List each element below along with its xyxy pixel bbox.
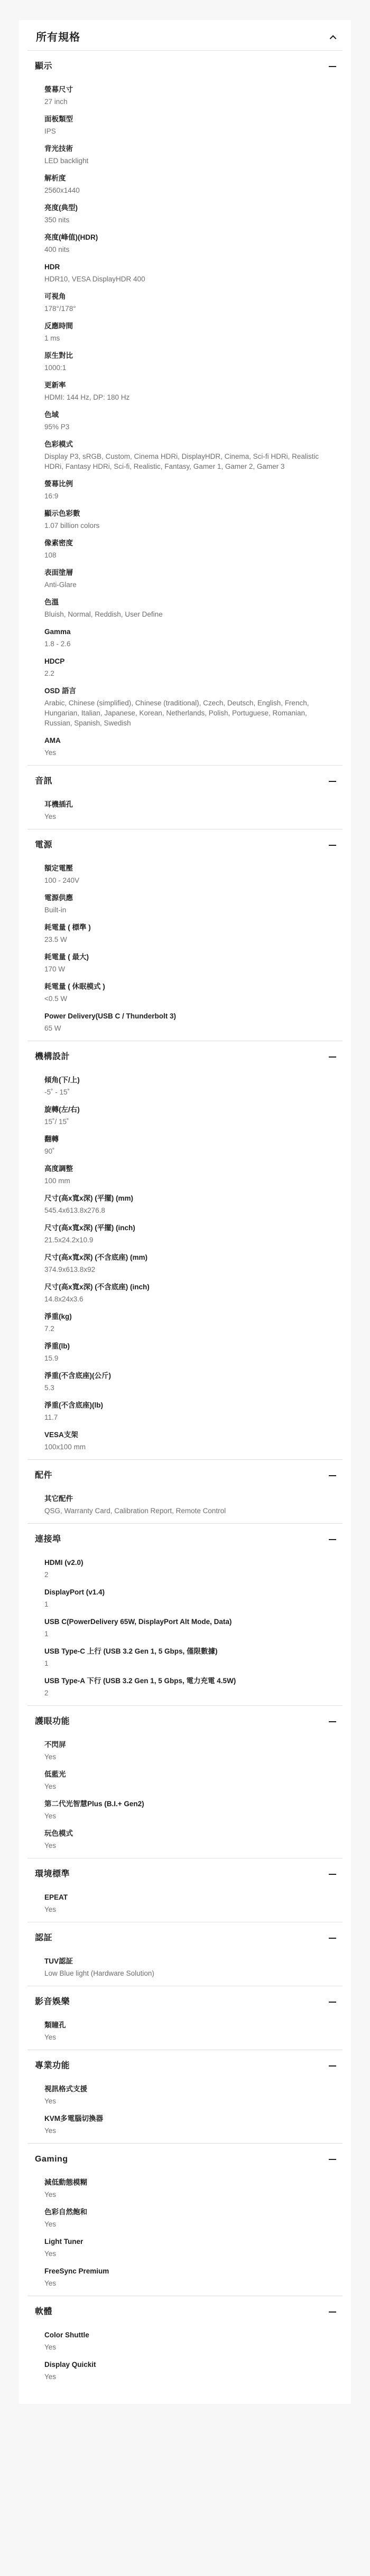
spec-section: 專業功能 視訊格式支援 Yes KVM多電腦切換器 Yes — [27, 2060, 343, 2144]
spec-item: HDCP 2.2 — [44, 656, 332, 678]
spec-label: 色域 — [44, 410, 332, 420]
section-header[interactable]: 環境標準 — [35, 1868, 336, 1881]
spec-section: 護眼功能 不閃屏 Yes 低藍光 Yes 第二代光智慧Plus (B.I.+ G… — [27, 1715, 343, 1858]
spec-value: 16:9 — [44, 491, 332, 501]
section-items: 傾角(下/上) -5˚ - 15˚ 旋轉(左/右) 15˚/ 15˚ 翻轉 90… — [27, 1075, 343, 1452]
spec-value: Yes — [44, 2032, 332, 2042]
spec-item: USB Type-A 下行 (USB 3.2 Gen 1, 5 Gbps, 電力… — [44, 1676, 332, 1698]
section-items: 耳機插孔 Yes — [27, 799, 343, 822]
spec-label: 類瞳孔 — [44, 2020, 332, 2031]
spec-item: 像素密度 108 — [44, 538, 332, 560]
section-title: 護眼功能 — [35, 1715, 70, 1728]
spec-label: 淨重(不含底座)(公斤) — [44, 1371, 332, 1381]
spec-label: KVM多電腦切換器 — [44, 2113, 332, 2124]
collapse-minus-icon[interactable] — [329, 1056, 336, 1058]
spec-item: 減低動態模糊 Yes — [44, 2177, 332, 2200]
spec-item: 類瞳孔 Yes — [44, 2020, 332, 2042]
spec-label: 耳機插孔 — [44, 799, 332, 810]
spec-item: Color Shuttle Yes — [44, 2330, 332, 2352]
spec-sections: 顯示 螢幕尺寸 27 inch 面板類型 IPS 背光技術 LED backli… — [27, 60, 343, 2382]
spec-section: 影音娛樂 類瞳孔 Yes — [27, 1996, 343, 2050]
spec-label: 螢幕比例 — [44, 479, 332, 489]
section-items: 螢幕尺寸 27 inch 面板類型 IPS 背光技術 LED backlight… — [27, 84, 343, 758]
spec-value: 350 nits — [44, 215, 332, 225]
section-divider — [27, 1922, 343, 1922]
spec-label: HDMI (v2.0) — [44, 1558, 332, 1568]
section-header[interactable]: 電源 — [35, 839, 336, 852]
spec-section: 環境標準 EPEAT Yes — [27, 1868, 343, 1922]
spec-value: LED backlight — [44, 156, 332, 166]
section-header[interactable]: 軟體 — [35, 2306, 336, 2318]
spec-label: Gamma — [44, 627, 332, 637]
spec-value: Yes — [44, 2249, 332, 2259]
spec-label: 可視角 — [44, 291, 332, 302]
spec-label: 傾角(下/上) — [44, 1075, 332, 1086]
spec-value: Display P3, sRGB, Custom, Cinema HDRi, D… — [44, 451, 332, 471]
spec-item: 尺寸(高x寬x深) (不含底座) (mm) 374.9x613.8x92 — [44, 1252, 332, 1275]
spec-item: 尺寸(高x寬x深) (平擺) (mm) 545.4x613.8x276.8 — [44, 1193, 332, 1215]
spec-label: 亮度(峰值)(HDR) — [44, 232, 332, 243]
section-divider — [27, 2050, 343, 2050]
section-header[interactable]: 配件 — [35, 1469, 336, 1482]
spec-item: 旋轉(左/右) 15˚/ 15˚ — [44, 1105, 332, 1127]
spec-item: 不閃屏 Yes — [44, 1740, 332, 1762]
spec-value: 1.8 - 2.6 — [44, 639, 332, 649]
spec-item: 背光技術 LED backlight — [44, 144, 332, 166]
spec-label: USB Type-C 上行 (USB 3.2 Gen 1, 5 Gbps, 僅限… — [44, 1646, 332, 1657]
spec-label: 耗電量 ( 標準 ) — [44, 922, 332, 933]
spec-item: 亮度(峰值)(HDR) 400 nits — [44, 232, 332, 254]
spec-label: 反應時間 — [44, 321, 332, 332]
section-items: 其它配件 QSG, Warranty Card, Calibration Rep… — [27, 1494, 343, 1516]
spec-item: 色彩模式 Display P3, sRGB, Custom, Cinema HD… — [44, 439, 332, 471]
spec-label: 電源供應 — [44, 893, 332, 903]
spec-value: Yes — [44, 2126, 332, 2136]
spec-item: 螢幕尺寸 27 inch — [44, 84, 332, 107]
spec-item: 耗電量 ( 最大) 170 W — [44, 952, 332, 974]
spec-section: 電源 額定電壓 100 - 240V 電源供應 Built-in 耗電量 ( 標… — [27, 839, 343, 1041]
spec-section: 機構設計 傾角(下/上) -5˚ - 15˚ 旋轉(左/右) 15˚/ 15˚ … — [27, 1051, 343, 1460]
spec-value: Yes — [44, 812, 332, 822]
spec-section: 軟體 Color Shuttle Yes Display Quickit Yes — [27, 2306, 343, 2382]
page-title: 所有規格 — [36, 31, 80, 44]
spec-label: 淨重(不含底座)(lb) — [44, 1400, 332, 1411]
spec-item: 表面塗層 Anti-Glare — [44, 568, 332, 590]
spec-label: 背光技術 — [44, 144, 332, 154]
spec-value: 2 — [44, 1688, 332, 1698]
spec-label: 低藍光 — [44, 1769, 332, 1780]
spec-value: Yes — [44, 2278, 332, 2288]
spec-label: 旋轉(左/右) — [44, 1105, 332, 1115]
section-divider — [27, 1986, 343, 1986]
spec-item: TUV認証 Low Blue light (Hardware Solution) — [44, 1956, 332, 1978]
spec-value: 27 inch — [44, 97, 332, 107]
spec-label: Light Tuner — [44, 2237, 332, 2247]
spec-item: 原生對比 1000:1 — [44, 351, 332, 373]
spec-item: 低藍光 Yes — [44, 1769, 332, 1791]
spec-value: Bluish, Normal, Reddish, User Define — [44, 609, 332, 619]
spec-value: 1 — [44, 1658, 332, 1668]
chevron-up-icon[interactable] — [330, 35, 337, 42]
spec-label: Display Quickit — [44, 2360, 332, 2370]
spec-item: 色彩自然飽和 Yes — [44, 2207, 332, 2229]
section-items: 類瞳孔 Yes — [27, 2020, 343, 2042]
section-items: 視訊格式支援 Yes KVM多電腦切換器 Yes — [27, 2084, 343, 2136]
spec-item: 淨重(kg) 7.2 — [44, 1311, 332, 1334]
section-items: Color Shuttle Yes Display Quickit Yes — [27, 2330, 343, 2382]
spec-item: OSD 語言 Arabic, Chinese (simplified), Chi… — [44, 686, 332, 728]
spec-label: HDCP — [44, 656, 332, 667]
section-header[interactable]: 認証 — [35, 1932, 336, 1945]
spec-label: 表面塗層 — [44, 568, 332, 578]
spec-label: 尺寸(高x寬x深) (平擺) (mm) — [44, 1193, 332, 1204]
spec-label: EPEAT — [44, 1892, 332, 1903]
spec-item: Gamma 1.8 - 2.6 — [44, 627, 332, 649]
spec-value: 90˚ — [44, 1146, 332, 1156]
spec-value: 2.2 — [44, 668, 332, 678]
collapse-minus-icon[interactable] — [329, 2311, 336, 2313]
spec-item: 淨重(不含底座)(公斤) 5.3 — [44, 1371, 332, 1393]
spec-item: 尺寸(高x寬x深) (平擺) (inch) 21.5x24.2x10.9 — [44, 1223, 332, 1245]
section-title: Gaming — [35, 2153, 68, 2166]
spec-value: 178°/178° — [44, 304, 332, 314]
spec-item: 螢幕比例 16:9 — [44, 479, 332, 501]
section-items: 減低動態模糊 Yes 色彩自然飽和 Yes Light Tuner Yes Fr… — [27, 2177, 343, 2288]
spec-value: 108 — [44, 550, 332, 560]
collapse-minus-icon[interactable] — [329, 1938, 336, 1939]
collapse-minus-icon[interactable] — [329, 845, 336, 846]
spec-label: 尺寸(高x寬x深) (不含底座) (mm) — [44, 1252, 332, 1263]
collapse-minus-icon[interactable] — [329, 2065, 336, 2067]
spec-label: 高度調整 — [44, 1164, 332, 1174]
spec-item: 其它配件 QSG, Warranty Card, Calibration Rep… — [44, 1494, 332, 1516]
section-title: 影音娛樂 — [35, 1996, 70, 2008]
spec-item: 額定電壓 100 - 240V — [44, 863, 332, 885]
spec-item: 高度調整 100 mm — [44, 1164, 332, 1186]
title-divider — [27, 50, 343, 51]
spec-item: HDMI (v2.0) 2 — [44, 1558, 332, 1580]
spec-item: 翻轉 90˚ — [44, 1134, 332, 1156]
spec-label: 色溫 — [44, 597, 332, 608]
spec-label: 玩色模式 — [44, 1828, 332, 1839]
spec-label: 像素密度 — [44, 538, 332, 549]
spec-label: 翻轉 — [44, 1134, 332, 1145]
spec-value: 100x100 mm — [44, 1442, 332, 1452]
spec-value: 95% P3 — [44, 422, 332, 432]
spec-value: Built-in — [44, 905, 332, 915]
spec-value: 1.07 billion colors — [44, 521, 332, 531]
collapse-minus-icon[interactable] — [329, 2159, 336, 2160]
spec-value: Yes — [44, 2219, 332, 2229]
spec-value: 400 nits — [44, 244, 332, 254]
spec-value: 15˚/ 15˚ — [44, 1117, 332, 1127]
spec-value: Yes — [44, 1841, 332, 1851]
section-divider — [27, 1705, 343, 1706]
section-title: 配件 — [35, 1469, 52, 1482]
spec-section: 配件 其它配件 QSG, Warranty Card, Calibration … — [27, 1469, 343, 1524]
spec-value: Yes — [44, 1904, 332, 1914]
spec-label: AMA — [44, 735, 332, 746]
spec-item: Display Quickit Yes — [44, 2360, 332, 2382]
section-divider — [27, 1858, 343, 1858]
section-divider — [27, 829, 343, 829]
spec-item: HDR HDR10, VESA DisplayHDR 400 — [44, 262, 332, 284]
all-specs-card: 所有規格 顯示 螢幕尺寸 27 inch 面板類型 IPS 背光技術 LED b… — [19, 20, 351, 2404]
spec-item: 電源供應 Built-in — [44, 893, 332, 915]
spec-value: Arabic, Chinese (simplified), Chinese (t… — [44, 698, 332, 728]
spec-item: Power Delivery(USB C / Thunderbolt 3) 65… — [44, 1011, 332, 1033]
spec-value: -5˚ - 15˚ — [44, 1087, 332, 1097]
spec-value: 2 — [44, 1570, 332, 1580]
collapse-minus-icon[interactable] — [329, 2002, 336, 2003]
spec-section: 顯示 螢幕尺寸 27 inch 面板類型 IPS 背光技術 LED backli… — [27, 60, 343, 766]
spec-item: 色域 95% P3 — [44, 410, 332, 432]
spec-item: 淨重(不含底座)(lb) 11.7 — [44, 1400, 332, 1422]
spec-value: 5.3 — [44, 1383, 332, 1393]
section-header[interactable]: 音訊 — [35, 775, 336, 788]
spec-value: Yes — [44, 2096, 332, 2106]
spec-label: 更新率 — [44, 380, 332, 391]
spec-label: 不閃屏 — [44, 1740, 332, 1750]
spec-label: FreeSync Premium — [44, 2266, 332, 2277]
section-header[interactable]: Gaming — [35, 2153, 336, 2166]
section-header[interactable]: 護眼功能 — [35, 1715, 336, 1728]
spec-value: Yes — [44, 1811, 332, 1821]
spec-item: 玩色模式 Yes — [44, 1828, 332, 1851]
spec-label: 其它配件 — [44, 1494, 332, 1504]
spec-item: 視訊格式支援 Yes — [44, 2084, 332, 2106]
spec-label: 視訊格式支援 — [44, 2084, 332, 2094]
spec-item: 淨重(lb) 15.9 — [44, 1341, 332, 1363]
spec-label: 第二代光智慧Plus (B.I.+ Gen2) — [44, 1799, 332, 1809]
collapse-minus-icon[interactable] — [329, 66, 336, 67]
spec-label: VESA支架 — [44, 1430, 332, 1440]
spec-label: 亮度(典型) — [44, 203, 332, 213]
spec-section: 認証 TUV認証 Low Blue light (Hardware Soluti… — [27, 1932, 343, 1986]
spec-label: Color Shuttle — [44, 2330, 332, 2341]
spec-item: 耳機插孔 Yes — [44, 799, 332, 822]
spec-value: 545.4x613.8x276.8 — [44, 1205, 332, 1215]
spec-value: QSG, Warranty Card, Calibration Report, … — [44, 1506, 332, 1516]
section-header[interactable]: 顯示 — [35, 60, 336, 73]
spec-item: 亮度(典型) 350 nits — [44, 203, 332, 225]
section-header[interactable]: 專業功能 — [35, 2060, 336, 2072]
section-title: 認証 — [35, 1932, 52, 1945]
spec-label: 減低動態模糊 — [44, 2177, 332, 2188]
spec-value: 100 - 240V — [44, 875, 332, 885]
spec-value: Yes — [44, 2372, 332, 2382]
spec-label: HDR — [44, 262, 332, 272]
spec-item: VESA支架 100x100 mm — [44, 1430, 332, 1452]
spec-value: 100 mm — [44, 1176, 332, 1186]
spec-value: Yes — [44, 2342, 332, 2352]
spec-label: 面板類型 — [44, 114, 332, 125]
spec-value: 2560x1440 — [44, 185, 332, 195]
spec-item: 耗電量 ( 休眠模式 ) <0.5 W — [44, 982, 332, 1004]
spec-item: USB Type-C 上行 (USB 3.2 Gen 1, 5 Gbps, 僅限… — [44, 1646, 332, 1668]
spec-value: 11.7 — [44, 1412, 332, 1422]
spec-value: 65 W — [44, 1023, 332, 1033]
spec-value: 1 — [44, 1599, 332, 1609]
section-header[interactable]: 連接埠 — [35, 1533, 336, 1546]
section-divider — [27, 1523, 343, 1524]
spec-value: 15.9 — [44, 1353, 332, 1363]
spec-value: 14.8x24x3.6 — [44, 1294, 332, 1304]
spec-value: 1000:1 — [44, 363, 332, 373]
section-title: 電源 — [35, 839, 52, 852]
spec-item: 更新率 HDMI: 144 Hz, DP: 180 Hz — [44, 380, 332, 402]
spec-value: 170 W — [44, 964, 332, 974]
spec-item: 傾角(下/上) -5˚ - 15˚ — [44, 1075, 332, 1097]
spec-item: USB C(PowerDelivery 65W, DisplayPort Alt… — [44, 1617, 332, 1639]
section-items: TUV認証 Low Blue light (Hardware Solution) — [27, 1956, 343, 1978]
spec-value: HDR10, VESA DisplayHDR 400 — [44, 274, 332, 284]
spec-item: EPEAT Yes — [44, 1892, 332, 1914]
section-title: 專業功能 — [35, 2060, 70, 2072]
section-items: HDMI (v2.0) 2 DisplayPort (v1.4) 1 USB C… — [27, 1558, 343, 1698]
spec-value: Yes — [44, 1781, 332, 1791]
collapse-minus-icon[interactable] — [329, 781, 336, 782]
section-title: 連接埠 — [35, 1533, 61, 1546]
spec-label: 耗電量 ( 休眠模式 ) — [44, 982, 332, 992]
section-divider — [27, 2143, 343, 2144]
spec-item: 解析度 2560x1440 — [44, 173, 332, 195]
spec-value: 7.2 — [44, 1324, 332, 1334]
spec-item: KVM多電腦切換器 Yes — [44, 2113, 332, 2136]
collapse-minus-icon[interactable] — [329, 1539, 336, 1540]
spec-item: 第二代光智慧Plus (B.I.+ Gen2) Yes — [44, 1799, 332, 1821]
spec-label: USB Type-A 下行 (USB 3.2 Gen 1, 5 Gbps, 電力… — [44, 1676, 332, 1686]
spec-item: 可視角 178°/178° — [44, 291, 332, 314]
spec-section: 音訊 耳機插孔 Yes — [27, 775, 343, 829]
spec-item: FreeSync Premium Yes — [44, 2266, 332, 2288]
spec-label: 尺寸(高x寬x深) (不含底座) (inch) — [44, 1282, 332, 1292]
spec-item: Light Tuner Yes — [44, 2237, 332, 2259]
spec-label: 額定電壓 — [44, 863, 332, 874]
section-divider — [27, 1041, 343, 1041]
section-header[interactable]: 影音娛樂 — [35, 1996, 336, 2008]
section-items: 額定電壓 100 - 240V 電源供應 Built-in 耗電量 ( 標準 )… — [27, 863, 343, 1033]
spec-item: 面板類型 IPS — [44, 114, 332, 136]
all-specs-header[interactable]: 所有規格 — [27, 26, 343, 44]
spec-item: 顯示色彩數 1.07 billion colors — [44, 508, 332, 531]
spec-label: DisplayPort (v1.4) — [44, 1587, 332, 1598]
collapse-minus-icon[interactable] — [329, 1475, 336, 1476]
spec-value: Yes — [44, 748, 332, 758]
spec-item: DisplayPort (v1.4) 1 — [44, 1587, 332, 1609]
spec-value: 1 ms — [44, 333, 332, 343]
spec-value: IPS — [44, 126, 332, 136]
spec-value: 1 — [44, 1629, 332, 1639]
spec-item: AMA Yes — [44, 735, 332, 758]
section-items: 不閃屏 Yes 低藍光 Yes 第二代光智慧Plus (B.I.+ Gen2) … — [27, 1740, 343, 1851]
section-header[interactable]: 機構設計 — [35, 1051, 336, 1063]
section-title: 音訊 — [35, 775, 52, 788]
spec-label: 螢幕尺寸 — [44, 84, 332, 95]
spec-label: 淨重(lb) — [44, 1341, 332, 1352]
collapse-minus-icon[interactable] — [329, 1874, 336, 1875]
spec-item: 色溫 Bluish, Normal, Reddish, User Define — [44, 597, 332, 619]
spec-label: 尺寸(高x寬x深) (平擺) (inch) — [44, 1223, 332, 1233]
spec-label: 淨重(kg) — [44, 1311, 332, 1322]
section-divider — [27, 765, 343, 766]
spec-label: 原生對比 — [44, 351, 332, 361]
spec-value: <0.5 W — [44, 994, 332, 1004]
spec-value: Yes — [44, 2190, 332, 2200]
spec-value: HDMI: 144 Hz, DP: 180 Hz — [44, 392, 332, 402]
spec-label: 顯示色彩數 — [44, 508, 332, 519]
spec-label: 色彩模式 — [44, 439, 332, 450]
spec-value: Anti-Glare — [44, 580, 332, 590]
spec-value: Yes — [44, 1752, 332, 1762]
spec-label: OSD 語言 — [44, 686, 332, 696]
spec-value: 23.5 W — [44, 935, 332, 945]
spec-label: 色彩自然飽和 — [44, 2207, 332, 2218]
spec-value: 374.9x613.8x92 — [44, 1265, 332, 1275]
section-title: 軟體 — [35, 2306, 52, 2318]
spec-value: Low Blue light (Hardware Solution) — [44, 1968, 332, 1978]
spec-label: USB C(PowerDelivery 65W, DisplayPort Alt… — [44, 1617, 332, 1627]
section-title: 顯示 — [35, 60, 52, 73]
section-divider — [27, 1459, 343, 1460]
spec-item: 反應時間 1 ms — [44, 321, 332, 343]
section-title: 機構設計 — [35, 1051, 70, 1063]
spec-label: 耗電量 ( 最大) — [44, 952, 332, 963]
section-items: EPEAT Yes — [27, 1892, 343, 1914]
section-title: 環境標準 — [35, 1868, 70, 1881]
spec-label: TUV認証 — [44, 1956, 332, 1967]
spec-section: 連接埠 HDMI (v2.0) 2 DisplayPort (v1.4) 1 U… — [27, 1533, 343, 1706]
spec-item: 耗電量 ( 標準 ) 23.5 W — [44, 922, 332, 945]
spec-label: 解析度 — [44, 173, 332, 184]
collapse-minus-icon[interactable] — [329, 1721, 336, 1722]
spec-item: 尺寸(高x寬x深) (不含底座) (inch) 14.8x24x3.6 — [44, 1282, 332, 1304]
spec-label: Power Delivery(USB C / Thunderbolt 3) — [44, 1011, 332, 1022]
spec-section: Gaming 減低動態模糊 Yes 色彩自然飽和 Yes Light Tuner… — [27, 2153, 343, 2296]
spec-value: 21.5x24.2x10.9 — [44, 1235, 332, 1245]
section-divider — [27, 2296, 343, 2296]
